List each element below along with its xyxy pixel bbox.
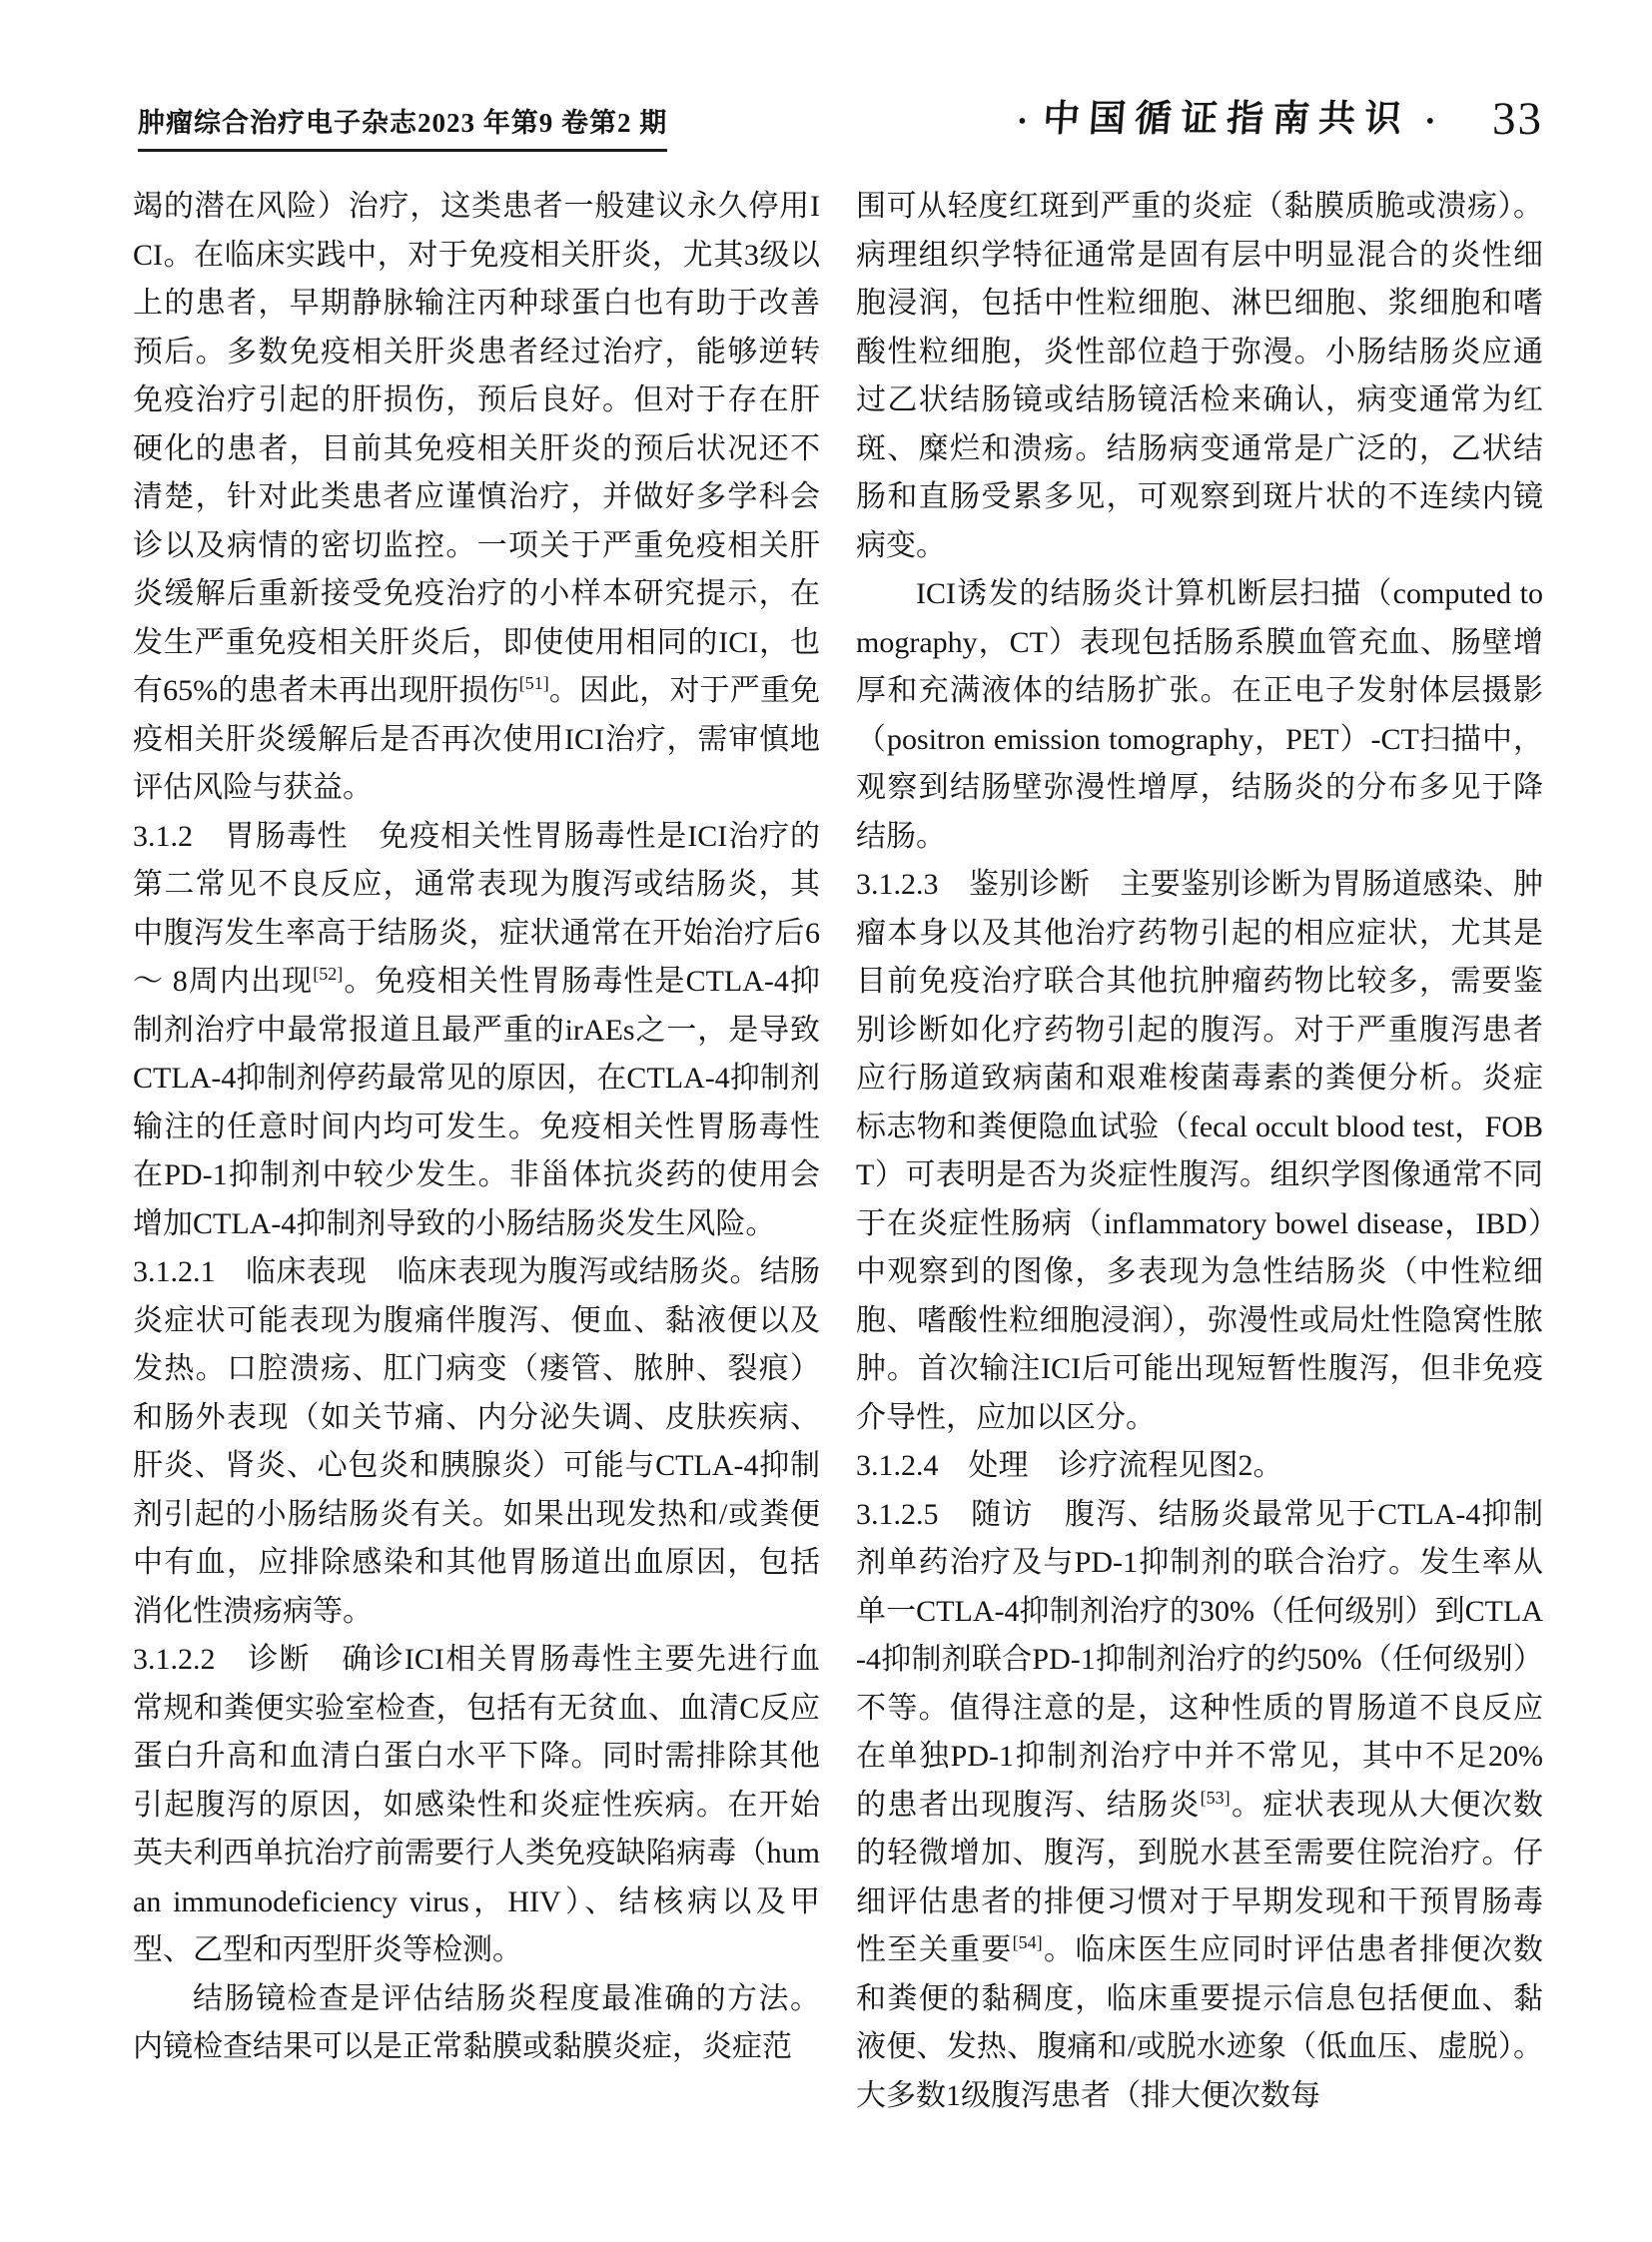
reference-superscript: [54] — [1013, 1932, 1043, 1952]
text-run: 围可从轻度红斑到严重的炎症（黏膜质脆或溃疡）。病理组织学特征通常是固有层中明显混… — [856, 190, 1543, 562]
paragraph: 围可从轻度红斑到严重的炎症（黏膜质脆或溃疡）。病理组织学特征通常是固有层中明显混… — [856, 183, 1543, 570]
paragraph: 3.1.2.5 随访 腹泻、结肠炎最常见于CTLA-4抑制剂单药治疗及与PD-1… — [856, 1491, 1543, 2121]
text-run: 结肠镜检查是评估结肠炎程度最准确的方法。内镜检查结果可以是正常黏膜或黏膜炎症，炎… — [133, 1982, 820, 2064]
text-run: 3.1.2.3 鉴别诊断 主要鉴别诊断为胃肠道感染、肿瘤本身以及其他治疗药物引起… — [856, 868, 1543, 1434]
text-run: 3.1.2.4 处理 诊疗流程见图2。 — [856, 1449, 1283, 1482]
paragraph: 3.1.2.1 临床表现 临床表现为腹泻或结肠炎。结肠炎症状可能表现为腹痛伴腹泻… — [133, 1248, 820, 1636]
paragraph: ICI诱发的结肠炎计算机断层扫描（computed tomography，CT）… — [856, 570, 1543, 861]
reference-superscript: [52] — [313, 964, 343, 984]
series-title: 中国循证指南共识 — [1041, 101, 1411, 138]
bullet-icon: • — [1426, 110, 1434, 134]
paragraph: 3.1.2.3 鉴别诊断 主要鉴别诊断为胃肠道感染、肿瘤本身以及其他治疗药物引起… — [856, 861, 1543, 1442]
paragraph: 3.1.2 胃肠毒性 免疫相关性胃肠毒性是ICI治疗的第二常见不良反应，通常表现… — [133, 813, 820, 1249]
paragraph: 3.1.2.2 诊断 确诊ICI相关胃肠毒性主要先进行血常规和粪便实验室检查，包… — [133, 1636, 820, 1975]
paragraph: 结肠镜检查是评估结肠炎程度最准确的方法。内镜检查结果可以是正常黏膜或黏膜炎症，炎… — [133, 1975, 820, 2072]
right-column: 围可从轻度红斑到严重的炎症（黏膜质脆或溃疡）。病理组织学特征通常是固有层中明显混… — [856, 183, 1543, 2120]
text-run: 3.1.2.1 临床表现 临床表现为腹泻或结肠炎。结肠炎症状可能表现为腹痛伴腹泻… — [133, 1255, 820, 1628]
text-run: ICI诱发的结肠炎计算机断层扫描（computed tomography，CT）… — [856, 577, 1543, 853]
text-run: 竭的潜在风险）治疗，这类患者一般建议永久停用ICI。在临床实践中，对于免疫相关肝… — [133, 190, 820, 707]
running-head-right: • 中国循证指南共识 • 33 — [1002, 96, 1543, 143]
text-run: 3.1.2.5 随访 腹泻、结肠炎最常见于CTLA-4抑制剂单药治疗及与PD-1… — [856, 1498, 1543, 1822]
reference-superscript: [51] — [519, 673, 549, 693]
paragraph: 3.1.2.4 处理 诊疗流程见图2。 — [856, 1442, 1543, 1491]
journal-page: 肿瘤综合治疗电子杂志2023 年第9 卷第2 期 • 中国循证指南共识 • 33… — [0, 0, 1652, 2242]
bullet-icon: • — [1018, 110, 1026, 134]
text-run: 。免疫相关性胃肠毒性是CTLA-4抑制剂治疗中最常报道且最严重的irAEs之一，… — [133, 965, 820, 1240]
journal-header-title: 肿瘤综合治疗电子杂志2023 年第9 卷第2 期 — [138, 101, 667, 152]
page-number: 33 — [1492, 96, 1543, 143]
text-run: 3.1.2.2 诊断 确诊ICI相关胃肠毒性主要先进行血常规和粪便实验室检查，包… — [133, 1643, 820, 1966]
reference-superscript: [53] — [1201, 1788, 1231, 1808]
article-body: 竭的潜在风险）治疗，这类患者一般建议永久停用ICI。在临床实践中，对于免疫相关肝… — [133, 183, 1543, 2120]
left-column: 竭的潜在风险）治疗，这类患者一般建议永久停用ICI。在临床实践中，对于免疫相关肝… — [133, 183, 820, 2120]
paragraph: 竭的潜在风险）治疗，这类患者一般建议永久停用ICI。在临床实践中，对于免疫相关肝… — [133, 183, 820, 813]
